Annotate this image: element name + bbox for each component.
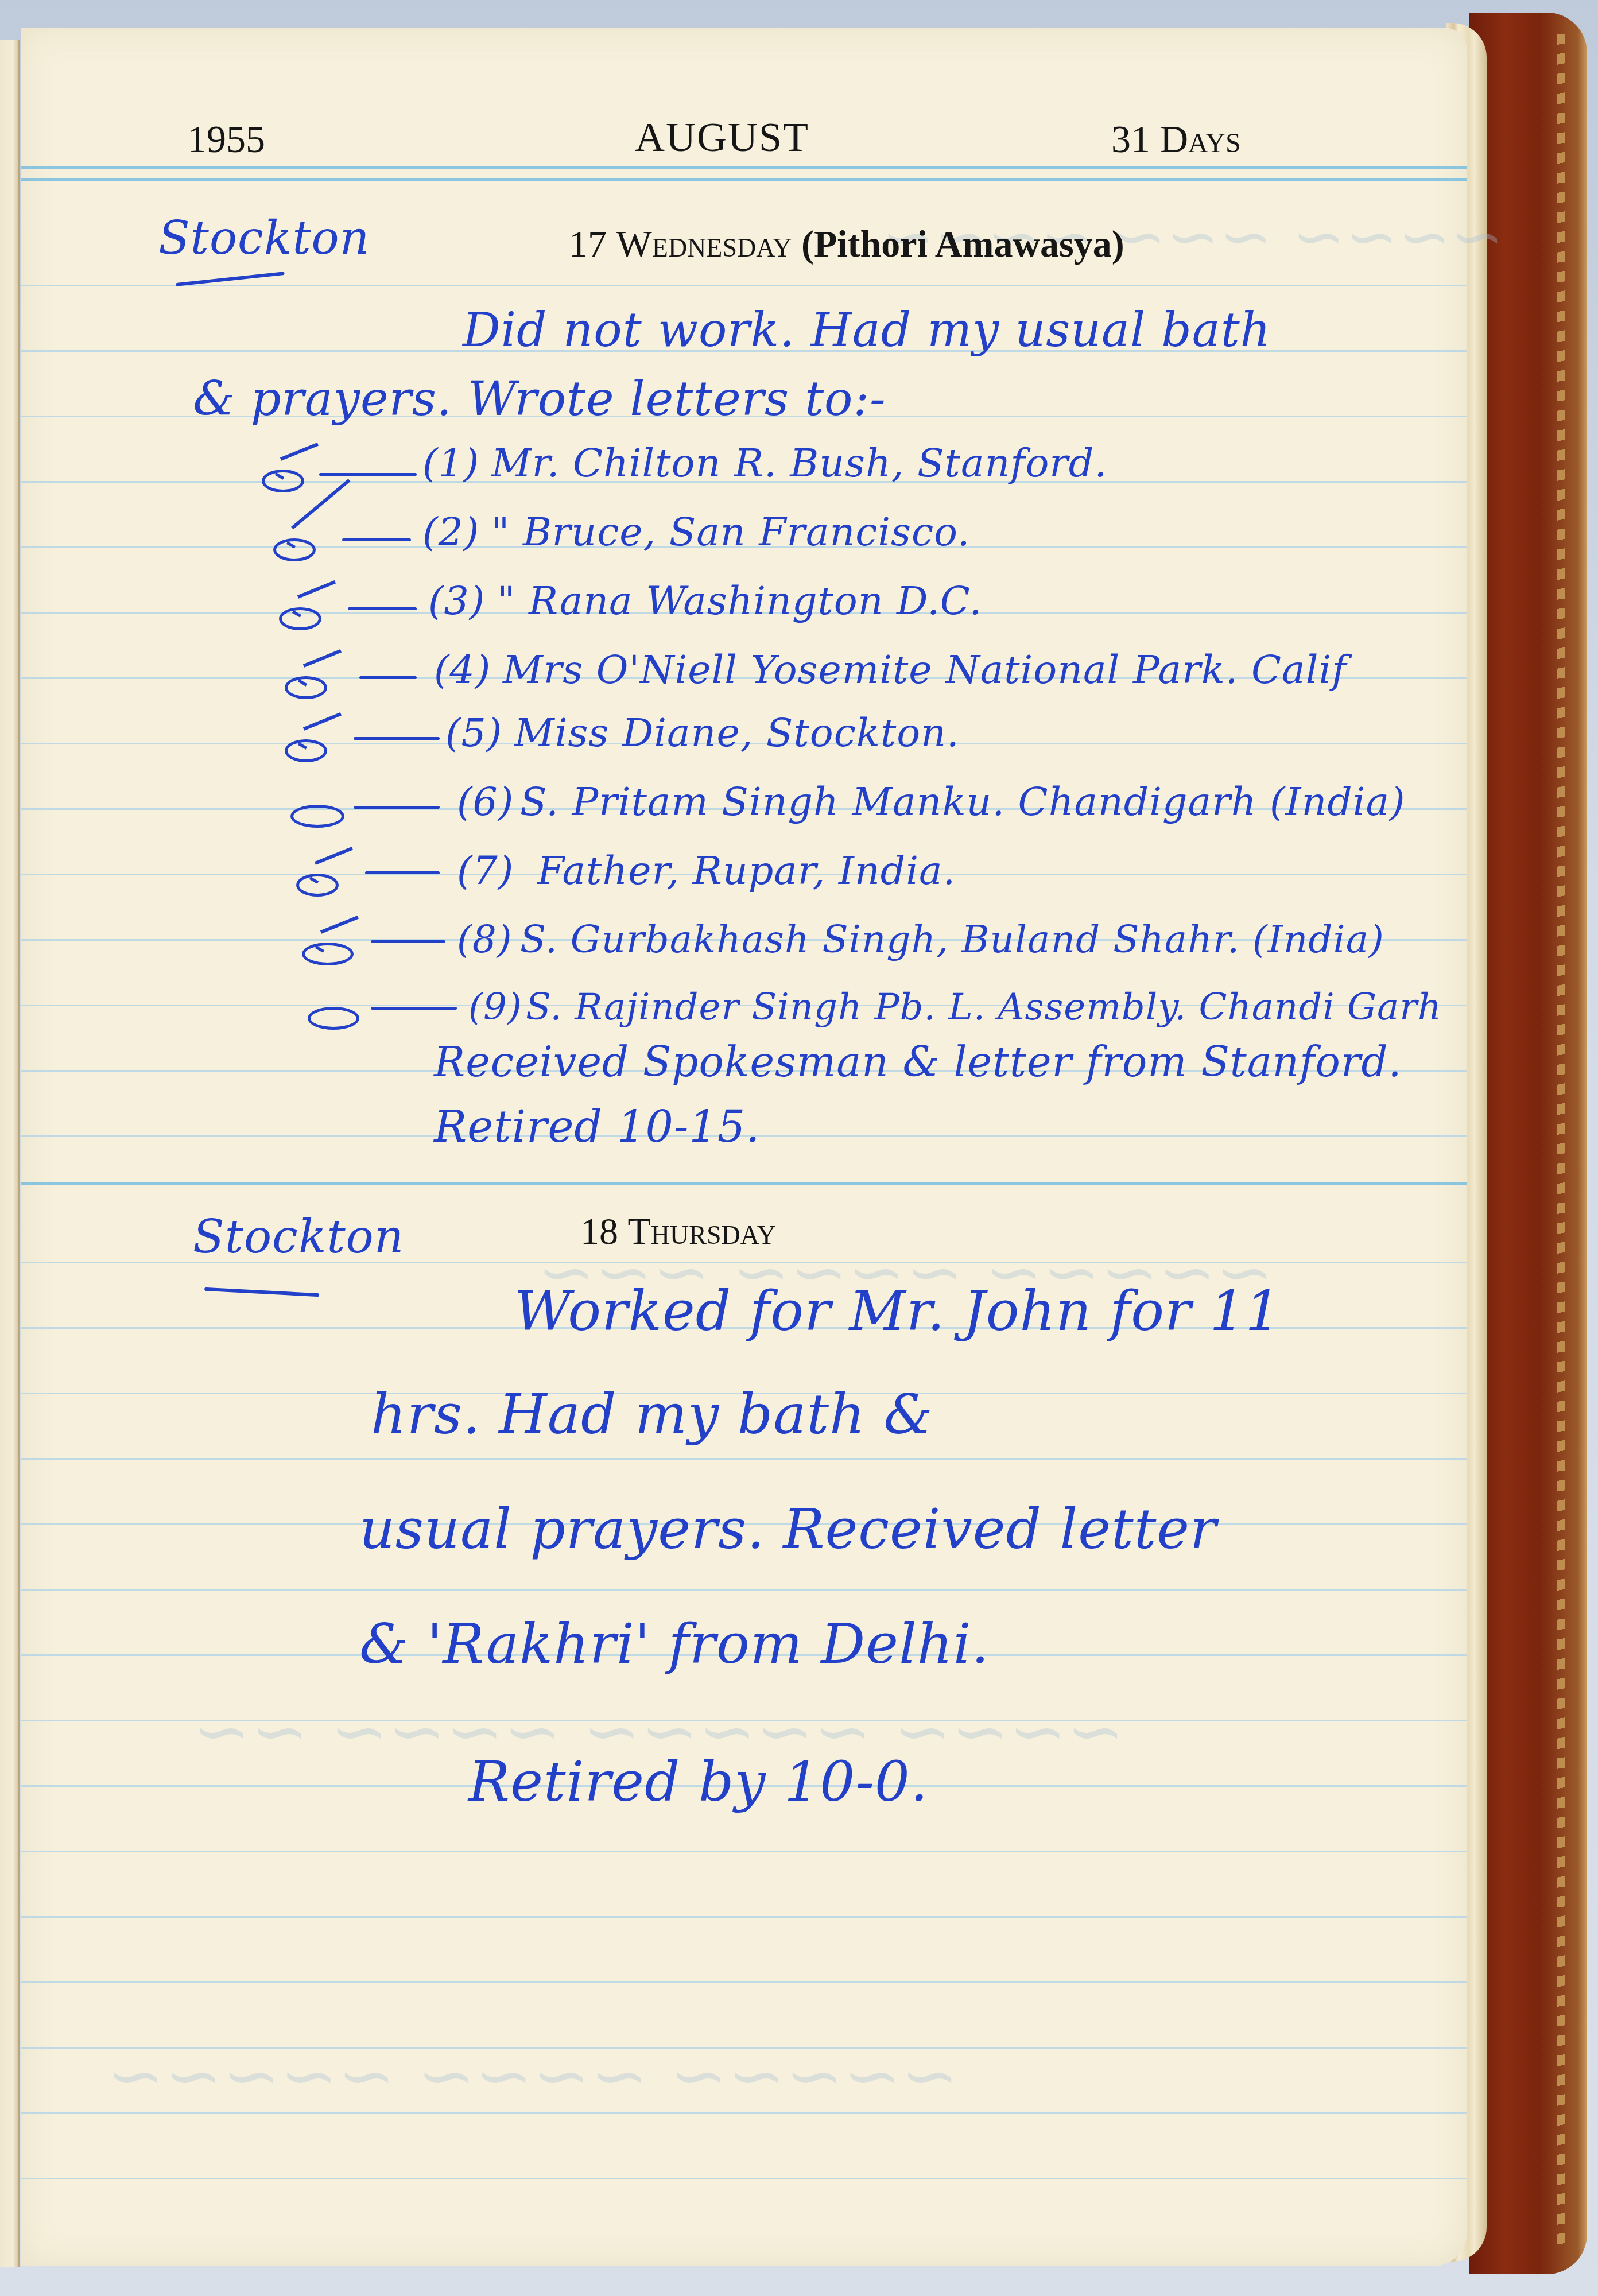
ruled-line [21, 1981, 1467, 1983]
letter-number: (2) [422, 510, 479, 555]
day-divider-rule [21, 1182, 1467, 1185]
entry-18-line-2: hrs. Had my bath & [371, 1382, 933, 1446]
location-note-17: Stockton [158, 211, 370, 265]
ruled-line [21, 1458, 1467, 1460]
header-rule-2 [21, 178, 1467, 181]
letter-recipient: S. Gurbakhash Singh, Buland Shahr. (Indi… [520, 917, 1384, 961]
leader-dash [354, 737, 440, 740]
entry-date: 17 [569, 223, 607, 265]
ruled-line [21, 1851, 1467, 1852]
location-note-18: Stockton [193, 1210, 404, 1263]
location-underline [204, 1287, 319, 1297]
leader-dash [342, 538, 411, 541]
check-circle-icon [302, 943, 354, 965]
leather-cover [1469, 13, 1587, 2274]
entry-weekday: Wednesday [616, 223, 792, 265]
letter-number: (4) [434, 647, 491, 693]
entry-18-line-5: Retired by 10-0. [468, 1750, 928, 1814]
check-circle-icon [273, 538, 316, 561]
letter-recipient: Father, Rupar, India. [537, 848, 956, 894]
check-circle-icon [296, 874, 339, 897]
letter-number: (6) [457, 779, 514, 825]
entry-18-line-3: usual prayers. Received letter [359, 1497, 1217, 1561]
empty-circle-icon [290, 805, 344, 828]
entry-17-line-2: & prayers. Wrote letters to:- [193, 372, 886, 426]
letter-recipient: " Bruce, San Francisco. [491, 510, 970, 555]
check-circle-icon [279, 607, 321, 630]
letter-number: (8) [457, 917, 513, 961]
entry-18-line-1: Worked for Mr. John for 11 [514, 1279, 1281, 1343]
bleed-through-text: ~~~~~ ~~~~ ~~~~~ [107, 2037, 959, 2116]
letter-recipient: " Rana Washington D.C. [497, 579, 982, 624]
entry-17-received: Received Spokesman & letter from Stanfor… [434, 1038, 1402, 1086]
entry-date: 18 [580, 1211, 618, 1252]
leader-dash [371, 1007, 457, 1010]
check-circle-icon [285, 739, 327, 762]
entry-weekday: Thursday [628, 1211, 776, 1252]
entry-18-line-4: & 'Rakhri' from Delhi. [359, 1612, 990, 1676]
letter-number: (9) [468, 986, 522, 1029]
entry-17-line-1: Did not work. Had my usual bath [463, 303, 1271, 358]
leader-dash [359, 676, 417, 679]
letter-number: (5) [445, 711, 502, 756]
check-circle-icon [262, 470, 304, 492]
ruled-line [21, 2178, 1467, 2179]
left-page-edge [0, 40, 20, 2267]
entry-17-heading: 17 Wednesday (Pithori Amawasya) [569, 223, 1124, 266]
leader-dash [371, 940, 445, 943]
empty-circle-icon [308, 1007, 359, 1030]
letter-recipient: S. Pritam Singh Manku. Chandigarh (India… [520, 779, 1406, 825]
ruled-line [21, 1589, 1467, 1591]
letter-recipient: Mrs O'Niell Yosemite National Park. Cali… [503, 647, 1347, 693]
entry-18-heading: 18 Thursday [580, 1210, 776, 1254]
header-month: AUGUST [635, 114, 809, 161]
entry-17-retired: Retired 10-15. [434, 1101, 760, 1152]
ruled-line [21, 285, 1467, 286]
ruled-line [21, 1916, 1467, 1918]
days-count-label: 31 Days [1111, 117, 1241, 161]
header-year: 1955 [187, 117, 265, 162]
letter-number: (7) [457, 848, 514, 894]
header-rule-1 [21, 166, 1467, 169]
leader-dash [348, 607, 417, 610]
leader-dash [319, 473, 417, 476]
letter-recipient: S. Rajinder Singh Pb. L. Assembly. Chand… [526, 986, 1442, 1029]
letter-number: (3) [428, 579, 485, 624]
letter-number: (1) [422, 441, 479, 486]
leader-dash [354, 806, 440, 809]
check-circle-icon [285, 676, 327, 699]
letter-recipient: Mr. Chilton R. Bush, Stanford. [491, 441, 1107, 486]
diary-page: ~~~~ ~~~ ~~~~ ~~~~~ ~~~~ ~~~ ~~~~ ~~~~~ … [21, 28, 1467, 2266]
header-days-count: 31 Days [1111, 117, 1241, 162]
cover-stitching [1557, 34, 1565, 2250]
leader-dash [365, 871, 440, 874]
entry-observance: (Pithori Amawasya) [801, 223, 1124, 265]
letter-recipient: Miss Diane, Stockton. [514, 711, 960, 756]
